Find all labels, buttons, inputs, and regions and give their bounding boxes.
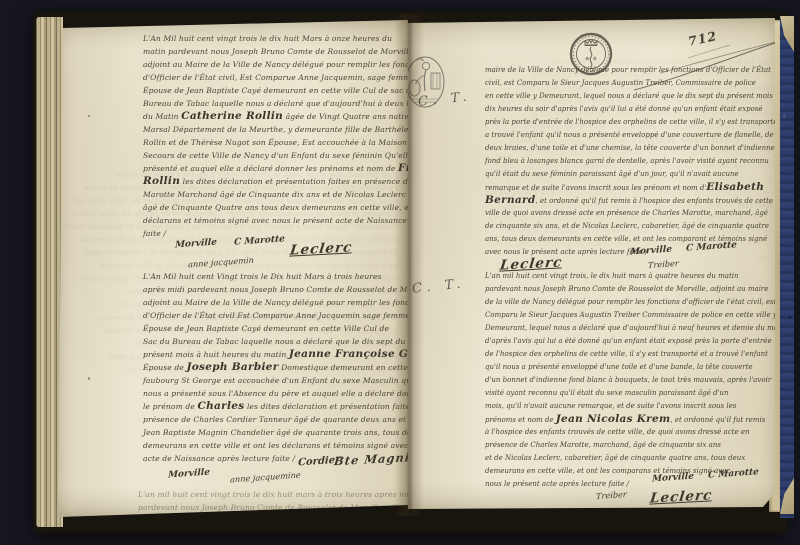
manuscript-line: visité ayant reconnu qu'il était du sexe…: [485, 387, 773, 400]
manuscript-line: Marsal Département de la Meurthe, y deme…: [143, 123, 405, 136]
manuscript-line: pardevant nous Joseph Bruno Comte de Rou…: [485, 283, 773, 296]
right-page: L'An Mil huit cent vingt trois le dix hu…: [408, 18, 775, 512]
manuscript-line: Jean Baptiste Magnin Chandelier âgé de q…: [143, 426, 405, 439]
signature-witness: Leclerc: [649, 487, 713, 506]
manuscript-line: après midi pardevant nous Joseph Bruno C…: [143, 283, 405, 296]
manuscript-line: près la porte d'entrée de l'hospice des …: [485, 116, 773, 129]
manuscript-line: âgé de Cinquante Quatre ans tous deux de…: [143, 201, 405, 214]
book-scan-stage: L'an mil huit cent vingt trois, le dix h…: [0, 0, 800, 545]
manuscript-line: a trouvé l'enfant qu'il nous a présenté …: [485, 129, 773, 142]
margin-paraphe: C. T.: [411, 276, 466, 297]
manuscript-line: nous le présent acte après lecture faite…: [485, 478, 773, 491]
manuscript-line: faubourg St George est accouchée d'un En…: [143, 374, 405, 387]
manuscript-line: remarque et de suite l'avons inscrit sou…: [485, 181, 773, 194]
manuscript-line: qu'il nous a présenté enveloppé d'une to…: [485, 361, 773, 374]
record-continuation-elisabeth-bernard: maire de la Ville de Nancy délégué pour …: [485, 64, 773, 259]
birth-record-charles-barbier: L'An Mil huit cent Vingt trois le Dix hu…: [143, 270, 405, 465]
manuscript-line: Épouse de Joseph Barbier Domestique deme…: [143, 361, 405, 374]
manuscript-line: Rollin et de Thérèse Nugot son Épouse, E…: [143, 136, 405, 149]
manuscript-line: fond bleu à losanges blancs garni de den…: [485, 155, 773, 168]
manuscript-line: du Matin Catherine Rollin âgée de Vingt …: [143, 110, 405, 123]
signature-witness: Leclerc: [289, 239, 353, 258]
manuscript-line: ville de quoi avons dressé acte en prése…: [485, 207, 773, 220]
manuscript-line: le prénom de Charles les dites déclarati…: [143, 400, 405, 413]
ink-speck: [88, 377, 90, 380]
manuscript-line: d'Officier de l'État civil Est Comparue …: [143, 309, 405, 322]
manuscript-line: Épouse de Jean Baptiste Cayé demeurant e…: [143, 84, 405, 97]
signature-declarant: anne jacquemin: [188, 255, 254, 270]
manuscript-line: Épouse de Jean Baptiste Cayé demeurant e…: [143, 322, 405, 335]
manuscript-line: maire de la Ville de Nancy délégué pour …: [485, 64, 773, 77]
manuscript-line: L'An Mil huit cent Vingt trois le Dix hu…: [143, 270, 405, 283]
manuscript-line: Demeurant, lequel nous a déclaré que d'a…: [485, 322, 773, 335]
manuscript-line: Comparu le Sieur Jacques Augustin Treibe…: [485, 309, 773, 322]
manuscript-line: à l'hospice des enfants trouvés de cette…: [485, 426, 773, 439]
manuscript-line: qu'il était du sexe féminin paraissant â…: [485, 168, 773, 181]
manuscript-line: demeurans en cette ville et ont les décl…: [143, 439, 405, 452]
manuscript-line: prénoms et nom de Jean Nicolas Krem, et …: [485, 413, 773, 426]
manuscript-line: Bureau de Tabac laquelle nous a déclaré …: [143, 97, 405, 110]
manuscript-line: deux braies, d'une toile et d'une chemis…: [485, 142, 773, 155]
manuscript-line: L'An Mil huit cent vingt trois le dix hu…: [143, 32, 405, 45]
manuscript-line: civil, est Comparu le Sieur Jacques Augu…: [485, 77, 773, 90]
manuscript-line: présence de Charles Cordier Tanneur âgé …: [143, 413, 405, 426]
manuscript-line: en cette ville y Demeurant, lequel nous …: [485, 90, 773, 103]
manuscript-line: déclarans et témoins signé avec nous le …: [143, 214, 405, 227]
manuscript-line: Bernard, et ordonné qu'il fut remis à l'…: [485, 194, 773, 207]
manuscript-line: d'un bonnet d'indienne fond blanc à bouq…: [485, 374, 773, 387]
manuscript-line: d'Officier de l'État civil, Est Comparue…: [143, 71, 405, 84]
manuscript-line: L'an mil huit cent vingt trois le dix hu…: [138, 488, 406, 501]
manuscript-line: matin pardevant nous Joseph Bruno Comte …: [143, 45, 405, 58]
manuscript-line: présent mois à huit heures du matin Jean…: [143, 348, 405, 361]
signature-official: Morville: [168, 468, 210, 481]
manuscript-line: dix heures du soir d'après l'avis qu'il …: [485, 103, 773, 116]
manuscript-line: de la ville de Nancy délégué pour rempli…: [485, 296, 773, 309]
birth-record-jean-nicolas-krem: L'an mil huit cent vingt trois, le dix h…: [485, 270, 773, 491]
manuscript-line: et de Nicolas Leclerc, cabaretier, âgé d…: [485, 452, 773, 465]
manuscript-line: Rollin les dites déclaration et présenta…: [143, 175, 405, 188]
signature-witness: C Marotte: [234, 234, 285, 248]
manuscript-line: L'an mil huit cent vingt trois, le dix h…: [485, 270, 773, 283]
manuscript-line: Marotte Marchand âgé de Cinquante dix an…: [143, 188, 405, 201]
birth-record-catherine-rollin: L'An Mil huit cent vingt trois le dix hu…: [143, 32, 405, 240]
manuscript-line: adjoint au Maire de la Ville de Nancy dé…: [143, 58, 405, 71]
signature-comparant: Treiber: [596, 489, 627, 501]
manuscript-line: de cinquante six ans, et de Nicolas Lecl…: [485, 220, 773, 233]
right-cover-strip: [780, 16, 794, 518]
signature-official: Morville: [175, 238, 217, 251]
ink-speck: [88, 115, 90, 117]
manuscript-line: nous a présenté sous l'Absence du père e…: [143, 387, 405, 400]
manuscript-line: de l'hospice des orphelins de cette vill…: [485, 348, 773, 361]
manuscript-line: présence de Charles Marotte, marchand, â…: [485, 439, 773, 452]
signature-declarant: anne jacquemine: [230, 470, 301, 485]
manuscript-line: Sac du Bureau de Tabac laquelle nous a d…: [143, 335, 405, 348]
left-page: L'an mil huit cent vingt trois, le dix h…: [58, 20, 408, 517]
manuscript-line: Secours de cette Ville de Nancy d'un Enf…: [143, 149, 405, 162]
manuscript-line: mois, qu'il n'avait aucune remarque, et …: [485, 400, 773, 413]
manuscript-line: d'après l'avis qui lui a été donné qu'un…: [485, 335, 773, 348]
manuscript-line: présenté et auquel elle a déclaré donner…: [143, 162, 405, 175]
manuscript-line: adjoint au Maire de la Ville de Nancy dé…: [143, 296, 405, 309]
signature-comparant: Treiber: [648, 258, 679, 270]
